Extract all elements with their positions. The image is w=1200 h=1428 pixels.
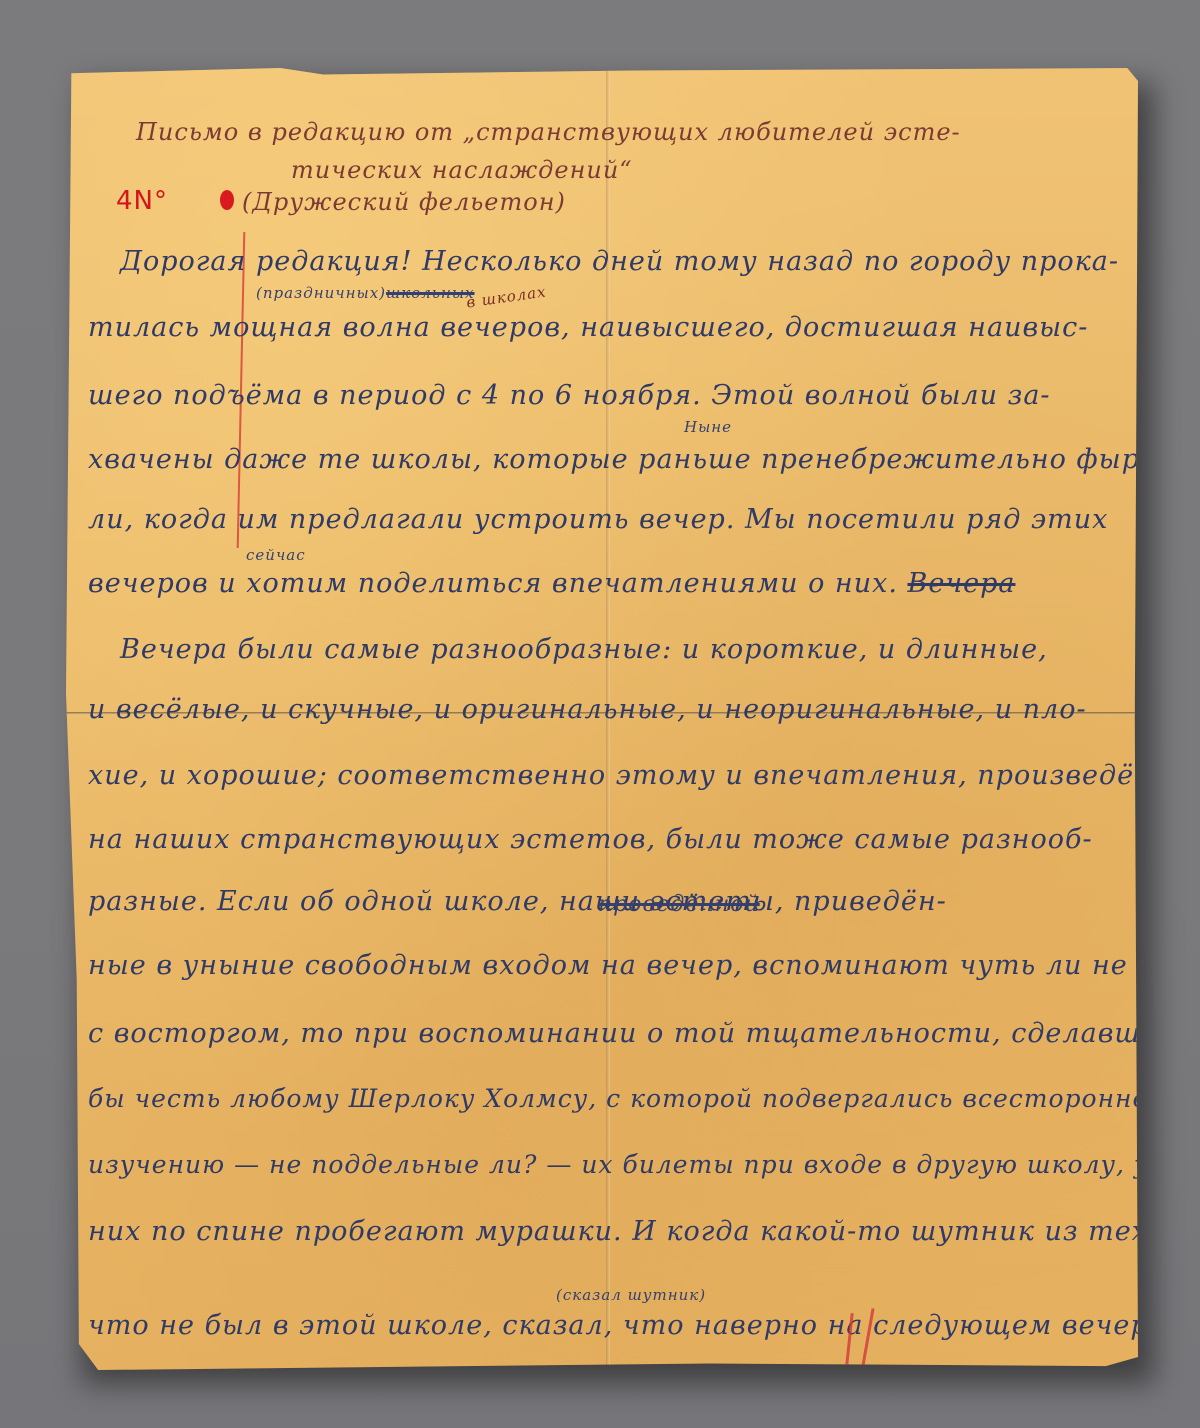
body-line-12: ные в уныние свободным входом на вечер, …: [88, 950, 1128, 981]
annotation-seychas: сейчас: [246, 546, 306, 564]
body-line-8: и весёлые, и скучные, и оригинальные, и …: [88, 694, 1087, 725]
red-ink-blot: [220, 190, 234, 210]
body-line-2: тилась мощная волна вечеров, наивысшего,…: [88, 312, 1088, 343]
annotation-nyne: Ныне: [684, 418, 732, 436]
body-line-13: с восторгом, то при воспоминании о той т…: [88, 1018, 1176, 1049]
annotation-v-shkolakh: в школах: [465, 282, 547, 311]
body-line-9: хие, и хорошие; соответственно этому и в…: [88, 760, 1200, 791]
body-line-5: ли, когда им предлагали устроить вечер. …: [88, 504, 1108, 535]
body-line-17: что не был в этой школе, сказал, что нав…: [88, 1310, 1166, 1341]
letter-subtitle: (Дружеский фельетон): [242, 188, 566, 216]
letter-title-line-2: тических наслаждений“: [291, 156, 633, 184]
body-line-16: них по спине пробегают мурашки. И когда …: [88, 1216, 1158, 1247]
body-line-3: шего подъёма в период с 4 по 6 ноября. Э…: [88, 380, 1051, 411]
crossed-word-provedennoy: проведённой: [598, 892, 760, 917]
red-number-mark: 4N°: [116, 186, 168, 216]
annotation-skazal-shutnik: (сказал шутник): [556, 1286, 706, 1304]
annotation-prazdnichnykh: (праздничных)школьных: [256, 284, 475, 302]
body-line-7: Вечера были самые разнообразные: и корот…: [120, 634, 1048, 665]
body-line-15: изучению — не поддельные ли? — их билеты…: [88, 1150, 1149, 1179]
letter-paper: Письмо в редакцию от „странствующих люби…: [66, 68, 1138, 1370]
body-line-10: на наших странствующих эстетов, были тож…: [88, 824, 1093, 855]
body-line-14: бы честь любому Шерлоку Холмсу, с которо…: [88, 1084, 1186, 1113]
body-line-1: Дорогая редакция! Несколько дней тому на…: [120, 246, 1119, 277]
body-line-6: вечеров и хотим поделиться впечатлениями…: [88, 568, 1015, 599]
body-line-4: хвачены даже те школы, которые раньше пр…: [88, 444, 1184, 475]
body-line-11: разные. Если об одной школе, наши эстеты…: [88, 886, 947, 917]
letter-title-line-1: Письмо в редакцию от „странствующих люби…: [136, 118, 961, 146]
